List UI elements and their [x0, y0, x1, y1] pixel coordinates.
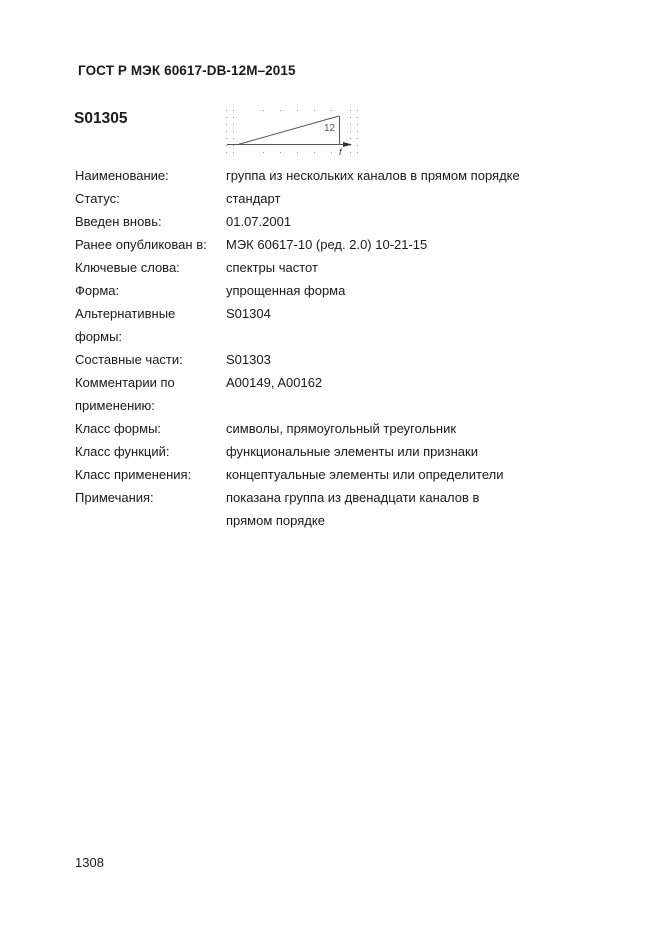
field-value: концептуальные элементы или определители	[226, 463, 595, 486]
field-value: S01303	[226, 348, 595, 371]
field-label: Альтернативные формы:	[75, 302, 195, 348]
field-application-class: Класс применения: концептуальные элемент…	[75, 463, 595, 486]
field-value: S01304	[226, 302, 595, 348]
field-value: спектры частот	[226, 256, 595, 279]
field-label: Статус:	[75, 187, 226, 210]
symbol-code: S01305	[74, 110, 127, 128]
field-label: Комментарии по применению:	[75, 371, 195, 417]
field-notes: Примечания: показана группа из двенадцат…	[75, 486, 595, 532]
field-components: Составные части: S01303	[75, 348, 595, 371]
field-name: Наименование: группа из нескольких канал…	[75, 164, 595, 187]
field-value: A00149, A00162	[226, 371, 595, 417]
field-label: Введен вновь:	[75, 210, 226, 233]
field-label: Наименование:	[75, 164, 226, 187]
page-number: 1308	[75, 855, 104, 870]
field-introduced: Введен вновь: 01.07.2001	[75, 210, 595, 233]
field-form: Форма: упрощенная форма	[75, 279, 595, 302]
frequency-label: f	[339, 147, 343, 157]
field-label: Составные части:	[75, 348, 226, 371]
field-value: МЭК 60617-10 (ред. 2.0) 10-21-15	[226, 233, 595, 256]
attribute-list: Наименование: группа из нескольких канал…	[75, 164, 595, 532]
field-form-class: Класс формы: символы, прямоугольный треу…	[75, 417, 595, 440]
field-value: функциональные элементы или признаки	[226, 440, 595, 463]
field-label: Примечания:	[75, 486, 226, 532]
field-value: показана группа из двенадцати каналов в …	[226, 486, 526, 532]
field-value: упрощенная форма	[226, 279, 595, 302]
field-label: Класс функций:	[75, 440, 226, 463]
field-label: Форма:	[75, 279, 226, 302]
right-triangle-frequency-symbol-icon: 12 f	[222, 108, 362, 160]
field-value: группа из нескольких каналов в прямом по…	[226, 164, 595, 187]
field-value: стандарт	[226, 187, 595, 210]
field-label: Класс применения:	[75, 463, 226, 486]
arrow-head-icon	[343, 142, 352, 147]
field-value: 01.07.2001	[226, 210, 595, 233]
field-application-notes: Комментарии по применению: A00149, A0016…	[75, 371, 595, 417]
field-previously-published: Ранее опубликован в: МЭК 60617-10 (ред. …	[75, 233, 595, 256]
field-function-class: Класс функций: функциональные элементы и…	[75, 440, 595, 463]
field-alternative-forms: Альтернативные формы: S01304	[75, 302, 595, 348]
field-label: Ключевые слова:	[75, 256, 226, 279]
document-header: ГОСТ Р МЭК 60617-DB-12M–2015	[78, 63, 296, 78]
field-status: Статус: стандарт	[75, 187, 595, 210]
channel-count-label: 12	[324, 123, 336, 134]
field-label: Ранее опубликован в:	[75, 233, 226, 256]
field-value: символы, прямоугольный треугольник	[226, 417, 595, 440]
field-keywords: Ключевые слова: спектры частот	[75, 256, 595, 279]
field-label: Класс формы:	[75, 417, 226, 440]
